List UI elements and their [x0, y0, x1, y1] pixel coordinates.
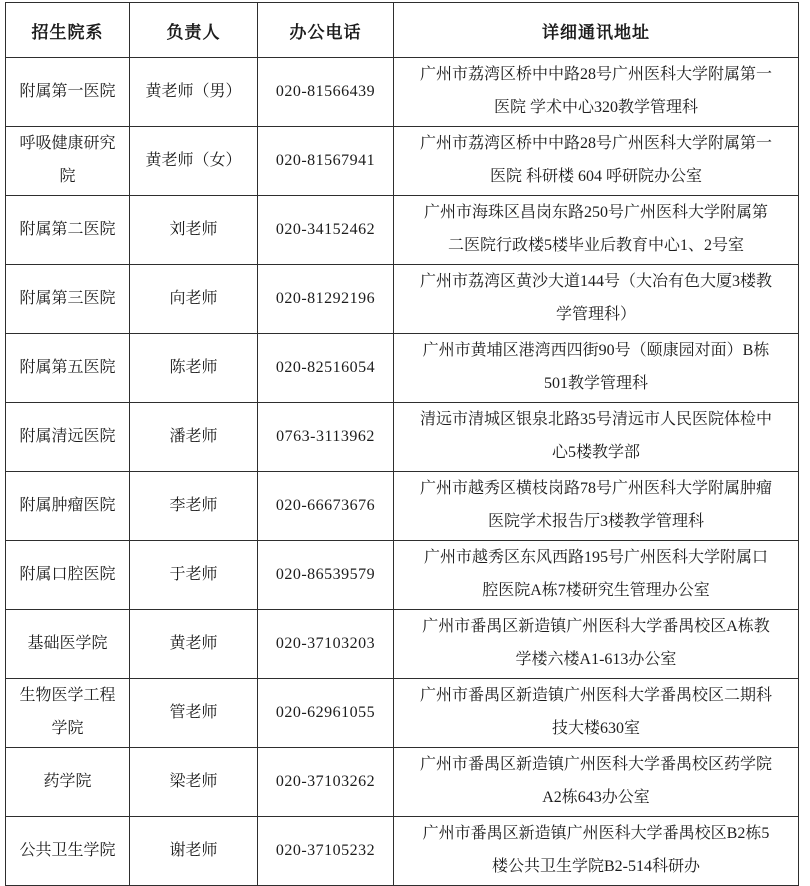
- cell-department: 公共卫生学院: [6, 817, 130, 886]
- cell-address: 广州市荔湾区黄沙大道144号（大冶有色大厦3楼教 学管理科）: [394, 265, 799, 334]
- cell-contact: 谢老师: [130, 817, 258, 886]
- table-row: 药学院 梁老师 020-37103262 广州市番禺区新造镇广州医科大学番禺校区…: [6, 748, 799, 817]
- cell-contact: 梁老师: [130, 748, 258, 817]
- table-row: 附属肿瘤医院 李老师 020-66673676 广州市越秀区横枝岗路78号广州医…: [6, 472, 799, 541]
- table-row: 基础医学院 黄老师 020-37103203 广州市番禺区新造镇广州医科大学番禺…: [6, 610, 799, 679]
- table-row: 公共卫生学院 谢老师 020-37105232 广州市番禺区新造镇广州医科大学番…: [6, 817, 799, 886]
- cell-department: 药学院: [6, 748, 130, 817]
- cell-department: 附属第一医院: [6, 58, 130, 127]
- cell-department: 附属肿瘤医院: [6, 472, 130, 541]
- cell-address: 广州市海珠区昌岗东路250号广州医科大学附属第 二医院行政楼5楼毕业后教育中心1…: [394, 196, 799, 265]
- cell-department: 附属第三医院: [6, 265, 130, 334]
- cell-phone: 020-82516054: [258, 334, 394, 403]
- cell-contact: 于老师: [130, 541, 258, 610]
- cell-address: 广州市荔湾区桥中中路28号广州医科大学附属第一 医院 学术中心320教学管理科: [394, 58, 799, 127]
- cell-address: 广州市越秀区横枝岗路78号广州医科大学附属肿瘤 医院学术报告厅3楼教学管理科: [394, 472, 799, 541]
- cell-department: 呼吸健康研究 院: [6, 127, 130, 196]
- col-header-address: 详细通讯地址: [394, 3, 799, 58]
- cell-contact: 刘老师: [130, 196, 258, 265]
- cell-department: 基础医学院: [6, 610, 130, 679]
- cell-phone: 020-62961055: [258, 679, 394, 748]
- cell-phone: 020-37103262: [258, 748, 394, 817]
- cell-department: 附属清远医院: [6, 403, 130, 472]
- table-row: 附属清远医院 潘老师 0763-3113962 清远市清城区银泉北路35号清远市…: [6, 403, 799, 472]
- cell-department: 附属第二医院: [6, 196, 130, 265]
- cell-address: 广州市黄埔区港湾西四街90号（颐康园对面）B栋 501教学管理科: [394, 334, 799, 403]
- col-header-phone: 办公电话: [258, 3, 394, 58]
- cell-phone: 020-37105232: [258, 817, 394, 886]
- cell-contact: 李老师: [130, 472, 258, 541]
- table-row: 生物医学工程 学院 管老师 020-62961055 广州市番禺区新造镇广州医科…: [6, 679, 799, 748]
- cell-phone: 020-66673676: [258, 472, 394, 541]
- cell-contact: 潘老师: [130, 403, 258, 472]
- cell-phone: 0763-3113962: [258, 403, 394, 472]
- cell-address: 清远市清城区银泉北路35号清远市人民医院体检中 心5楼教学部: [394, 403, 799, 472]
- cell-contact: 黄老师: [130, 610, 258, 679]
- cell-contact: 向老师: [130, 265, 258, 334]
- cell-contact: 管老师: [130, 679, 258, 748]
- cell-phone: 020-34152462: [258, 196, 394, 265]
- cell-phone: 020-81292196: [258, 265, 394, 334]
- cell-contact: 陈老师: [130, 334, 258, 403]
- cell-phone: 020-86539579: [258, 541, 394, 610]
- cell-department: 生物医学工程 学院: [6, 679, 130, 748]
- table-row: 附属第三医院 向老师 020-81292196 广州市荔湾区黄沙大道144号（大…: [6, 265, 799, 334]
- cell-department: 附属第五医院: [6, 334, 130, 403]
- cell-phone: 020-37103203: [258, 610, 394, 679]
- cell-address: 广州市番禺区新造镇广州医科大学番禺校区A栋教 学楼六楼A1-613办公室: [394, 610, 799, 679]
- table-row: 呼吸健康研究 院 黄老师（女） 020-81567941 广州市荔湾区桥中中路2…: [6, 127, 799, 196]
- cell-contact: 黄老师（女）: [130, 127, 258, 196]
- cell-department: 附属口腔医院: [6, 541, 130, 610]
- table-row: 附属口腔医院 于老师 020-86539579 广州市越秀区东风西路195号广州…: [6, 541, 799, 610]
- admissions-contact-table: 招生院系 负责人 办公电话 详细通讯地址 附属第一医院 黄老师（男） 020-8…: [5, 2, 799, 886]
- cell-address: 广州市荔湾区桥中中路28号广州医科大学附属第一 医院 科研楼 604 呼研院办公…: [394, 127, 799, 196]
- table-row: 附属第一医院 黄老师（男） 020-81566439 广州市荔湾区桥中中路28号…: [6, 58, 799, 127]
- cell-address: 广州市番禺区新造镇广州医科大学番禺校区二期科 技大楼630室: [394, 679, 799, 748]
- cell-phone: 020-81567941: [258, 127, 394, 196]
- table-row: 附属第五医院 陈老师 020-82516054 广州市黄埔区港湾西四街90号（颐…: [6, 334, 799, 403]
- cell-address: 广州市番禺区新造镇广州医科大学番禺校区B2栋5 楼公共卫生学院B2-514科研办: [394, 817, 799, 886]
- cell-address: 广州市越秀区东风西路195号广州医科大学附属口 腔医院A栋7楼研究生管理办公室: [394, 541, 799, 610]
- col-header-contact: 负责人: [130, 3, 258, 58]
- header-row: 招生院系 负责人 办公电话 详细通讯地址: [6, 3, 799, 58]
- col-header-department: 招生院系: [6, 3, 130, 58]
- table-row: 附属第二医院 刘老师 020-34152462 广州市海珠区昌岗东路250号广州…: [6, 196, 799, 265]
- cell-phone: 020-81566439: [258, 58, 394, 127]
- cell-address: 广州市番禺区新造镇广州医科大学番禺校区药学院 A2栋643办公室: [394, 748, 799, 817]
- cell-contact: 黄老师（男）: [130, 58, 258, 127]
